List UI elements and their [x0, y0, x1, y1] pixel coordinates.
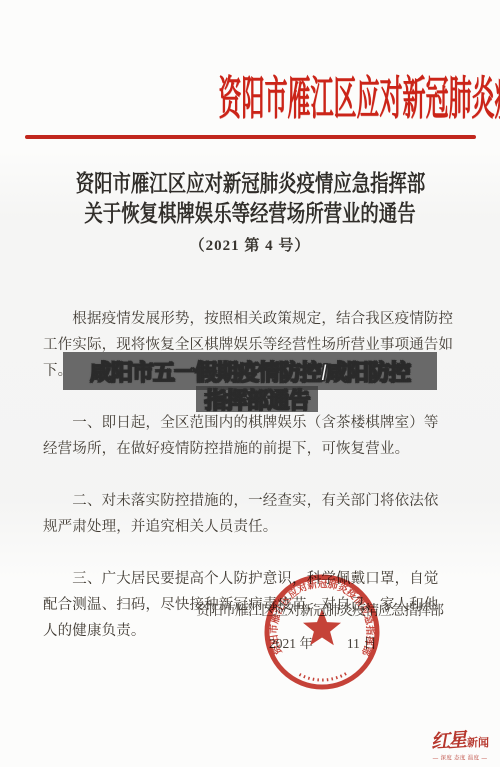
brand-watermark: 红星 新闻 — 深度 态度 温度 — — [424, 732, 496, 762]
brand-logo: 红星 新闻 — [424, 732, 496, 751]
seal-bottom-dotted-arc — [298, 674, 346, 680]
doc-title-line-2: 关于恢复棋牌娱乐等经营场所营业的通告 — [0, 200, 500, 231]
brand-logo-script: 红星 — [430, 731, 465, 752]
caption-text-2: 指挥部通告 — [204, 384, 309, 415]
official-seal-icon: 资阳市雁江区应对新冠肺炎疫情应急指挥部 — [261, 571, 383, 693]
masthead-title: 资阳市雁江区应对新冠肺炎疫情应急指挥部 — [219, 72, 500, 126]
notice-photo: 资阳市雁江区应对新冠肺炎疫情应急指挥部 资阳市雁江区应对新冠肺炎疫情应急指挥部 … — [0, 0, 500, 767]
caption-text-1: 咸阳市五一假期疫情防控/咸阳防控 — [90, 356, 410, 387]
doc-title-line-1: 资阳市雁江区应对新冠肺炎疫情应急指挥部 — [0, 170, 500, 201]
brand-tagline: — 深度 态度 温度 — — [428, 753, 493, 761]
brand-logo-suffix: 新闻 — [467, 738, 489, 749]
paragraph-2: 一、即日起，全区范围内的棋牌娱乐（含茶楼棋牌室）等 经营场所，在做好疫情防控措施… — [43, 410, 459, 462]
masthead: 资阳市雁江区应对新冠肺炎疫情应急指挥部 — [0, 72, 500, 137]
seal-star-icon — [303, 609, 341, 645]
caption-overlay-line-2: 指挥部通告 — [196, 386, 318, 412]
paragraph-3: 二、对未落实防控措施的，一经查实，有关部门将依法依 规严肃处理，并追究相关人员责… — [43, 488, 459, 540]
masthead-divider — [25, 135, 476, 139]
doc-issue-number: （2021 第 4 号） — [0, 234, 500, 255]
